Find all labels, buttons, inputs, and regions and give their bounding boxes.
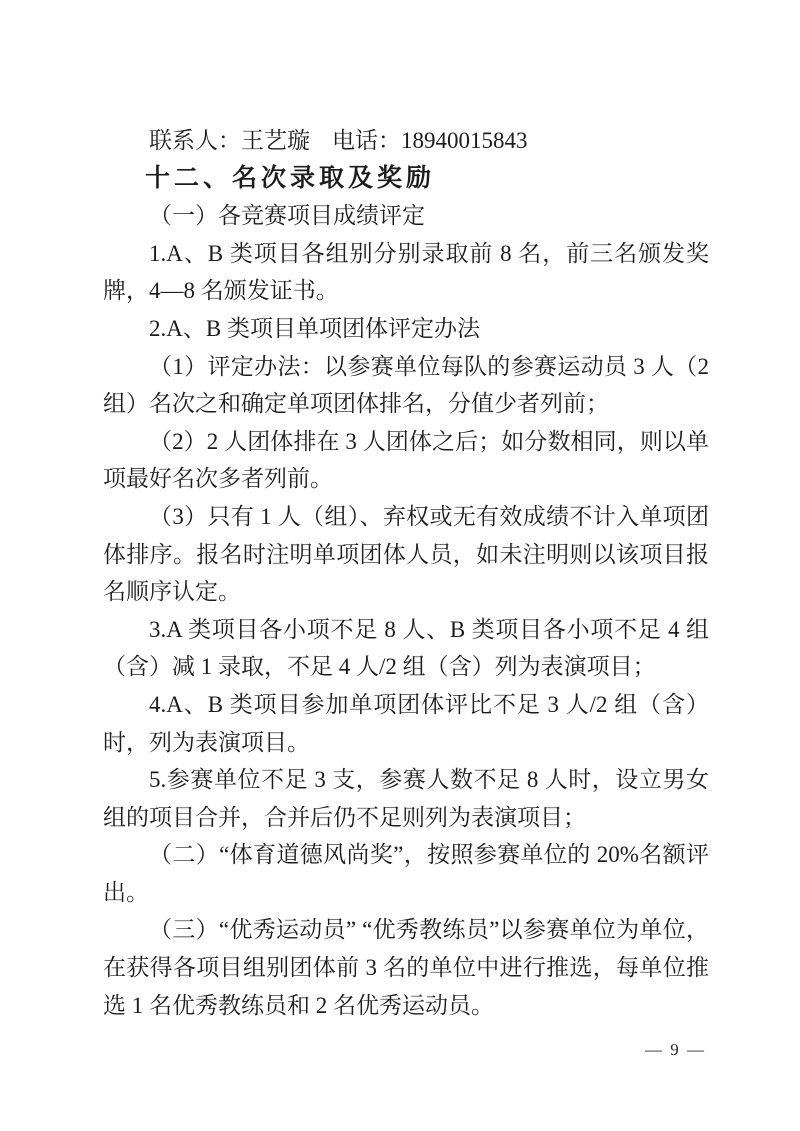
page-number: — 9 — [645,1040,706,1060]
paragraph: （3）只有 1 人（组）、弃权或无有效成绩不计入单项团体排序。报名时注明单项团体… [103,498,709,611]
contact-name: 王艺璇 [241,128,310,153]
phone-number: 18940015843 [401,128,528,153]
phone-part: 电话：18940015843 [332,122,528,160]
paragraph: 1.A、B 类项目各组别分别录取前 8 名，前三名颁发奖牌，4—8 名颁发证书。 [103,235,709,310]
paragraph: 5.参赛单位不足 3 支，参赛人数不足 8 人时，设立男女组的项目合并，合并后仍… [103,761,709,836]
document-body: 联系人：王艺璇电话：18940015843 十二、名次录取及奖励 （一）各竞赛项… [103,122,709,1024]
paragraph: （三）“优秀运动员” “优秀教练员”以参赛单位为单位，在获得各项目组别团体前 3… [103,911,709,1024]
paragraph: （1）评定办法：以参赛单位每队的参赛运动员 3 人（2 组）名次之和确定单项团体… [103,348,709,423]
paragraph: （2）2 人团体排在 3 人团体之后；如分数相同，则以单项最好名次多者列前。 [103,423,709,498]
paragraph: （二）“体育道德风尚奖”，按照参赛单位的 20%名额评出。 [103,836,709,911]
paragraph: （一）各竞赛项目成绩评定 [103,197,709,235]
contact-line: 联系人：王艺璇电话：18940015843 [103,122,709,160]
paragraph: 2.A、B 类项目单项团体评定办法 [103,310,709,348]
phone-label: 电话： [332,128,401,153]
paragraph: 3.A 类项目各小项不足 8 人、B 类项目各小项不足 4 组（含）减 1 录取… [103,611,709,686]
contact-label: 联系人： [149,128,241,153]
paragraph: 4.A、B 类项目参加单项团体评比不足 3 人/2 组（含）时，列为表演项目。 [103,686,709,761]
document-page: 联系人：王艺璇电话：18940015843 十二、名次录取及奖励 （一）各竞赛项… [0,0,800,1131]
section-heading: 十二、名次录取及奖励 [103,160,709,198]
